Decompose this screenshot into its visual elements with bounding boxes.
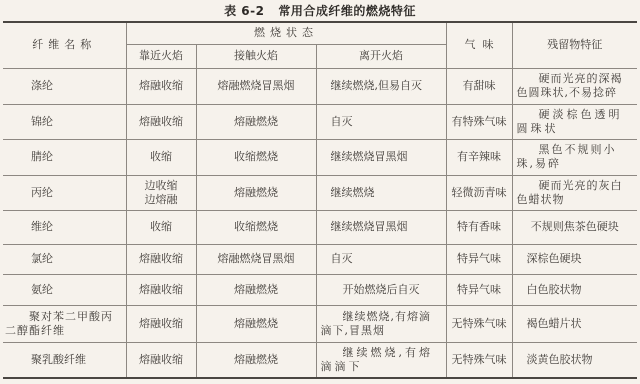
odor: 有特殊气味	[446, 104, 512, 139]
table-row: 丙纶 边收缩 边熔融 熔融燃烧 继续燃烧 轻微沥青味 硬而光亮的灰白色蜡状物	[3, 175, 637, 210]
near-flame: 熔融收缩	[126, 104, 196, 139]
near-flame: 收缩	[126, 210, 196, 244]
leave-flame: 自灭	[316, 104, 446, 139]
near-flame: 熔融收缩	[126, 244, 196, 274]
table-row: 氨纶 熔融收缩 熔融燃烧 开始燃烧后自灭 特异气味 白色胶状物	[3, 274, 637, 305]
fiber-name: 腈纶	[3, 139, 126, 175]
header-leave-flame: 离开火焰	[316, 44, 446, 68]
in-flame: 熔融燃烧	[196, 342, 316, 378]
header-burning-state: 燃烧状态	[126, 22, 446, 44]
leave-flame: 继续燃烧,有熔滴滴下,冒黑烟	[316, 305, 446, 342]
table-row: 聚对苯二甲酸丙二醇酯纤维 熔融收缩 熔融燃烧 继续燃烧,有熔滴滴下,冒黑烟 无特…	[3, 305, 637, 342]
residue: 硬而光亮的深褐色圆珠状,不易捻碎	[512, 68, 637, 104]
residue: 硬淡棕色透明圆珠状	[512, 104, 637, 139]
fiber-name: 维纶	[3, 210, 126, 244]
near-flame: 熔融收缩	[126, 342, 196, 378]
odor: 特有香味	[446, 210, 512, 244]
table-caption: 表 6-2常用合成纤维的燃烧特征	[0, 2, 640, 18]
in-flame: 收缩燃烧	[196, 210, 316, 244]
near-flame: 熔融收缩	[126, 68, 196, 104]
table-row: 涤纶 熔融收缩 熔融燃烧冒黑烟 继续燃烧,但易自灭 有甜味 硬而光亮的深褐色圆珠…	[3, 68, 637, 104]
in-flame: 熔融燃烧	[196, 104, 316, 139]
fiber-name: 丙纶	[3, 175, 126, 210]
table-row: 腈纶 收缩 收缩燃烧 继续燃烧冒黑烟 有辛辣味 黑色不规则小珠,易碎	[3, 139, 637, 175]
header-near-flame: 靠近火焰	[126, 44, 196, 68]
near-flame: 边收缩 边熔融	[126, 175, 196, 210]
fiber-name: 氨纶	[3, 274, 126, 305]
in-flame: 收缩燃烧	[196, 139, 316, 175]
near-flame: 熔融收缩	[126, 274, 196, 305]
leave-flame: 继续燃烧,但易自灭	[316, 68, 446, 104]
near-flame: 熔融收缩	[126, 305, 196, 342]
odor: 特异气味	[446, 274, 512, 305]
odor: 轻微沥青味	[446, 175, 512, 210]
in-flame: 熔融燃烧冒黑烟	[196, 68, 316, 104]
fiber-name: 氯纶	[3, 244, 126, 274]
in-flame: 熔融燃烧	[196, 274, 316, 305]
header-fiber-name: 纤维名称	[3, 22, 126, 68]
header-odor: 气 味	[446, 22, 512, 68]
in-flame: 熔融燃烧	[196, 305, 316, 342]
table-row: 聚乳酸纤维 熔融收缩 熔融燃烧 继续燃烧,有熔滴滴下 无特殊气味 淡黄色胶状物	[3, 342, 637, 378]
leave-flame: 继续燃烧	[316, 175, 446, 210]
fiber-name: 聚对苯二甲酸丙二醇酯纤维	[3, 305, 126, 342]
odor: 有甜味	[446, 68, 512, 104]
table-row: 锦纶 熔融收缩 熔融燃烧 自灭 有特殊气味 硬淡棕色透明圆珠状	[3, 104, 637, 139]
fiber-name: 涤纶	[3, 68, 126, 104]
residue: 白色胶状物	[512, 274, 637, 305]
residue: 深棕色硬块	[512, 244, 637, 274]
odor: 无特殊气味	[446, 342, 512, 378]
leave-flame: 继续燃烧,有熔滴滴下	[316, 342, 446, 378]
table-number: 表 6-2	[224, 4, 264, 18]
leave-flame: 自灭	[316, 244, 446, 274]
header-residue: 残留物特征	[512, 22, 637, 68]
table-row: 维纶 收缩 收缩燃烧 继续燃烧冒黑烟 特有香味 不规则焦茶色硬块	[3, 210, 637, 244]
leave-flame: 开始燃烧后自灭	[316, 274, 446, 305]
residue: 黑色不规则小珠,易碎	[512, 139, 637, 175]
fiber-name: 锦纶	[3, 104, 126, 139]
table-row: 氯纶 熔融收缩 熔融燃烧冒黑烟 自灭 特异气味 深棕色硬块	[3, 244, 637, 274]
near-flame: 收缩	[126, 139, 196, 175]
residue: 不规则焦茶色硬块	[512, 210, 637, 244]
leave-flame: 继续燃烧冒黑烟	[316, 139, 446, 175]
in-flame: 熔融燃烧冒黑烟	[196, 244, 316, 274]
header-in-flame: 接触火焰	[196, 44, 316, 68]
odor: 无特殊气味	[446, 305, 512, 342]
fiber-burning-table: 纤维名称 燃烧状态 气 味 残留物特征 靠近火焰 接触火焰 离开火焰 涤纶 熔融…	[3, 21, 637, 379]
odor: 有辛辣味	[446, 139, 512, 175]
residue: 淡黄色胶状物	[512, 342, 637, 378]
leave-flame: 继续燃烧冒黑烟	[316, 210, 446, 244]
residue: 褐色蜡片状	[512, 305, 637, 342]
fiber-name: 聚乳酸纤维	[3, 342, 126, 378]
table-title: 常用合成纤维的燃烧特征	[278, 4, 416, 18]
residue: 硬而光亮的灰白色蜡状物	[512, 175, 637, 210]
odor: 特异气味	[446, 244, 512, 274]
in-flame: 熔融燃烧	[196, 175, 316, 210]
